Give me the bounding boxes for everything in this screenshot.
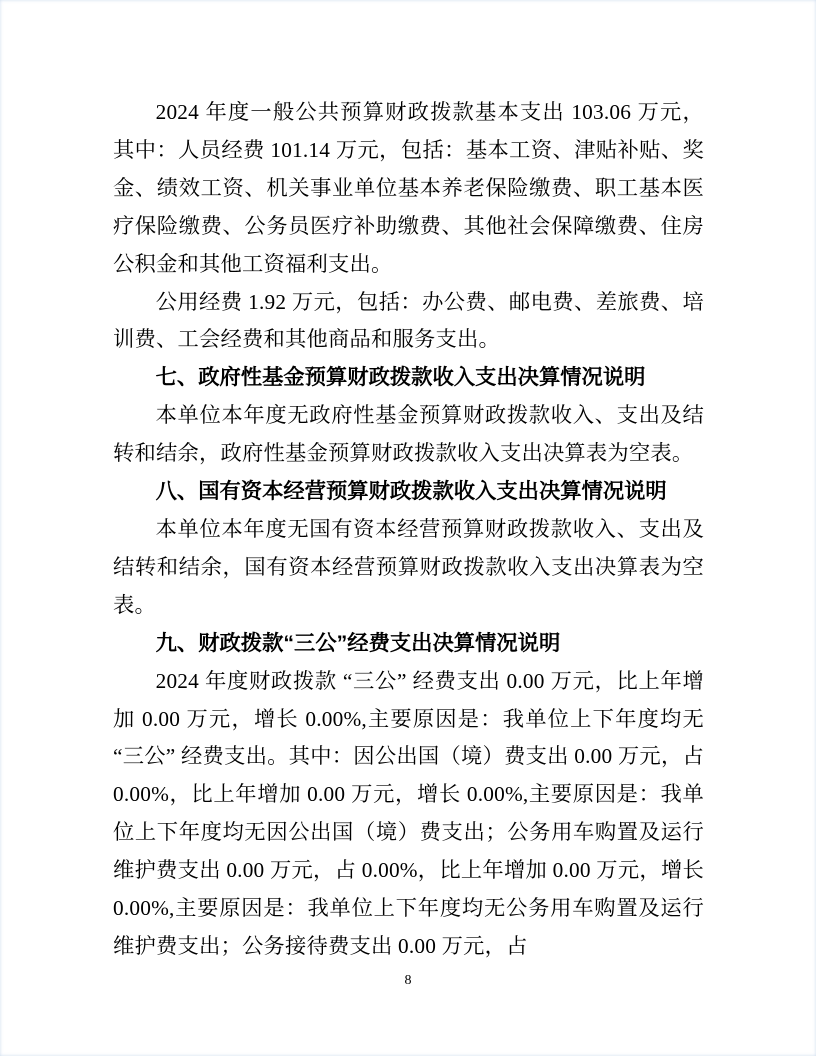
paragraph-three-public-expenses: 2024 年度财政拨款 “三公” 经费支出 0.00 万元，比上年增加 0.00… <box>113 663 704 966</box>
paragraph-basic-expenditure: 2024 年度一般公共预算财政拨款基本支出 103.06 万元，其中：人员经费 … <box>113 94 704 284</box>
document-body: 2024 年度一般公共预算财政拨款基本支出 103.06 万元，其中：人员经费 … <box>113 94 704 966</box>
page-number: 8 <box>0 972 816 990</box>
paragraph-government-fund-budget: 本单位本年度无政府性基金预算财政拨款收入、支出及结转和结余，政府性基金预算财政拨… <box>113 397 704 473</box>
section-heading-seven: 七、政府性基金预算财政拨款收入支出决算情况说明 <box>113 359 704 397</box>
section-heading-eight: 八、国有资本经营预算财政拨款收入支出决算情况说明 <box>113 473 704 511</box>
paragraph-public-funds: 公用经费 1.92 万元，包括：办公费、邮电费、差旅费、培训费、工会经费和其他商… <box>113 284 704 360</box>
paragraph-state-capital-budget: 本单位本年度无国有资本经营预算财政拨款收入、支出及结转和结余，国有资本经营预算财… <box>113 511 704 625</box>
section-heading-nine: 九、财政拨款“三公”经费支出决算情况说明 <box>113 625 704 663</box>
